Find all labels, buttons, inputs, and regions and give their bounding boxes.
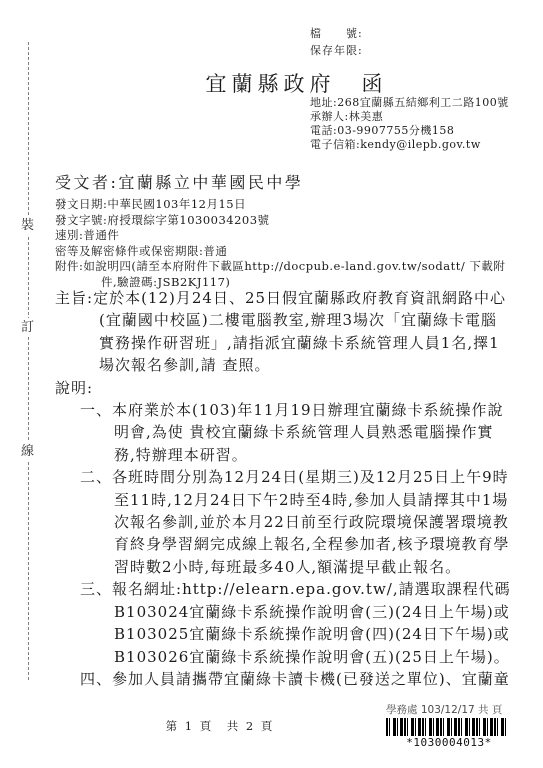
contact-phone: 電話:03-9907755分機158 bbox=[310, 124, 509, 138]
item-1-label: 一、 bbox=[80, 401, 112, 419]
meta-speed: 速別:普通件 bbox=[55, 228, 517, 244]
binding-char-xian: 線 bbox=[21, 442, 34, 461]
body-block: 主旨:定於本(12)月24日、25日假宜蘭縣政府教育資訊網路中心(宜蘭國中校區)… bbox=[55, 287, 513, 690]
document-title: 宜蘭縣政府 函 bbox=[0, 68, 543, 98]
document-page: 裝 訂 線 檔 號: 保存年限: 宜蘭縣政府 函 地址:268宜蘭縣五結鄉利工二… bbox=[0, 0, 543, 768]
binding-char-zhuang: 裝 bbox=[21, 216, 34, 235]
contact-block: 地址:268宜蘭縣五結鄉利工二路100號 承辦人:林美惠 電話:03-99077… bbox=[310, 96, 509, 152]
file-no-label: 檔 號: bbox=[310, 25, 363, 42]
explanation-item-2: 二、各班時間分別為12月24日(星期三)及12月25日上午9時至11時,12月2… bbox=[80, 466, 513, 578]
meta-doc-no: 發文字號:府授環綜字第1030034203號 bbox=[55, 213, 517, 229]
explanation-item-1: 一、本府業於本(103)年11月19日辦理宜蘭綠卡系統操作說明會,為使 貴校宜蘭… bbox=[80, 399, 513, 466]
explanation-list: 一、本府業於本(103)年11月19日辦理宜蘭綠卡系統操作說明會,為使 貴校宜蘭… bbox=[80, 399, 513, 690]
item-4-text: 參加人員請攜帶宜蘭綠卡讀卡機(已發送之單位)、宜蘭童 bbox=[112, 670, 510, 688]
meta-block: 發文日期:中華民國103年12月15日 發文字號:府授環綜字第103003420… bbox=[55, 197, 517, 290]
attachment-label: 附件: bbox=[55, 259, 83, 273]
stamp-block: 學務處 103/12/17 共 頁 *1030004013* bbox=[386, 702, 512, 749]
barcode-icon bbox=[386, 718, 508, 736]
meta-security: 密等及解密條件或保密期限:普通 bbox=[55, 244, 517, 260]
item-3-text: 報名網址:http://elearn.epa.gov.tw/,請選取課程代碼B1… bbox=[112, 580, 511, 665]
item-2-label: 二、 bbox=[80, 468, 112, 486]
explanation-heading: 說明: bbox=[55, 377, 513, 399]
explanation-item-4: 四、參加人員請攜帶宜蘭綠卡讀卡機(已發送之單位)、宜蘭童 bbox=[80, 668, 513, 690]
item-4-label: 四、 bbox=[80, 670, 112, 688]
recipient-line: 受文者:宜蘭縣立中華國民中學 bbox=[55, 170, 303, 193]
attachment-text: 如說明四(請至本府附件下載區http://docpub.e-land.gov.t… bbox=[83, 259, 505, 289]
explanation-item-3: 三、報名網址:http://elearn.epa.gov.tw/,請選取課程代碼… bbox=[80, 578, 513, 668]
barcode-value: *1030004013* bbox=[386, 736, 512, 749]
subject-label: 主旨: bbox=[55, 289, 93, 307]
meta-date: 發文日期:中華民國103年12月15日 bbox=[55, 197, 517, 213]
subject-paragraph: 主旨:定於本(12)月24日、25日假宜蘭縣政府教育資訊網路中心(宜蘭國中校區)… bbox=[55, 287, 513, 377]
item-3-label: 三、 bbox=[80, 580, 112, 598]
item-2-text: 各班時間分別為12月24日(星期三)及12月25日上午9時至11時,12月24日… bbox=[112, 468, 510, 576]
meta-attachment: 附件:如說明四(請至本府附件下載區http://docpub.e-land.go… bbox=[55, 259, 517, 290]
contact-person: 承辦人:林美惠 bbox=[310, 110, 509, 124]
office-stamp-text: 學務處 103/12/17 共 頁 bbox=[386, 702, 512, 717]
file-number-block: 檔 號: 保存年限: bbox=[310, 25, 363, 59]
subject-text: 定於本(12)月24日、25日假宜蘭縣政府教育資訊網路中心(宜蘭國中校區)二樓電… bbox=[93, 289, 506, 374]
binding-char-ding: 訂 bbox=[21, 318, 34, 337]
page-number: 第 1 頁 共 2 頁 bbox=[0, 718, 440, 734]
contact-email: 電子信箱:kendy@ilepb.gov.tw bbox=[310, 138, 509, 152]
contact-address: 地址:268宜蘭縣五結鄉利工二路100號 bbox=[310, 96, 509, 110]
retention-label: 保存年限: bbox=[310, 42, 363, 59]
binding-line: 裝 訂 線 bbox=[28, 42, 29, 680]
item-1-text: 本府業於本(103)年11月19日辦理宜蘭綠卡系統操作說明會,為使 貴校宜蘭綠卡… bbox=[112, 401, 504, 464]
